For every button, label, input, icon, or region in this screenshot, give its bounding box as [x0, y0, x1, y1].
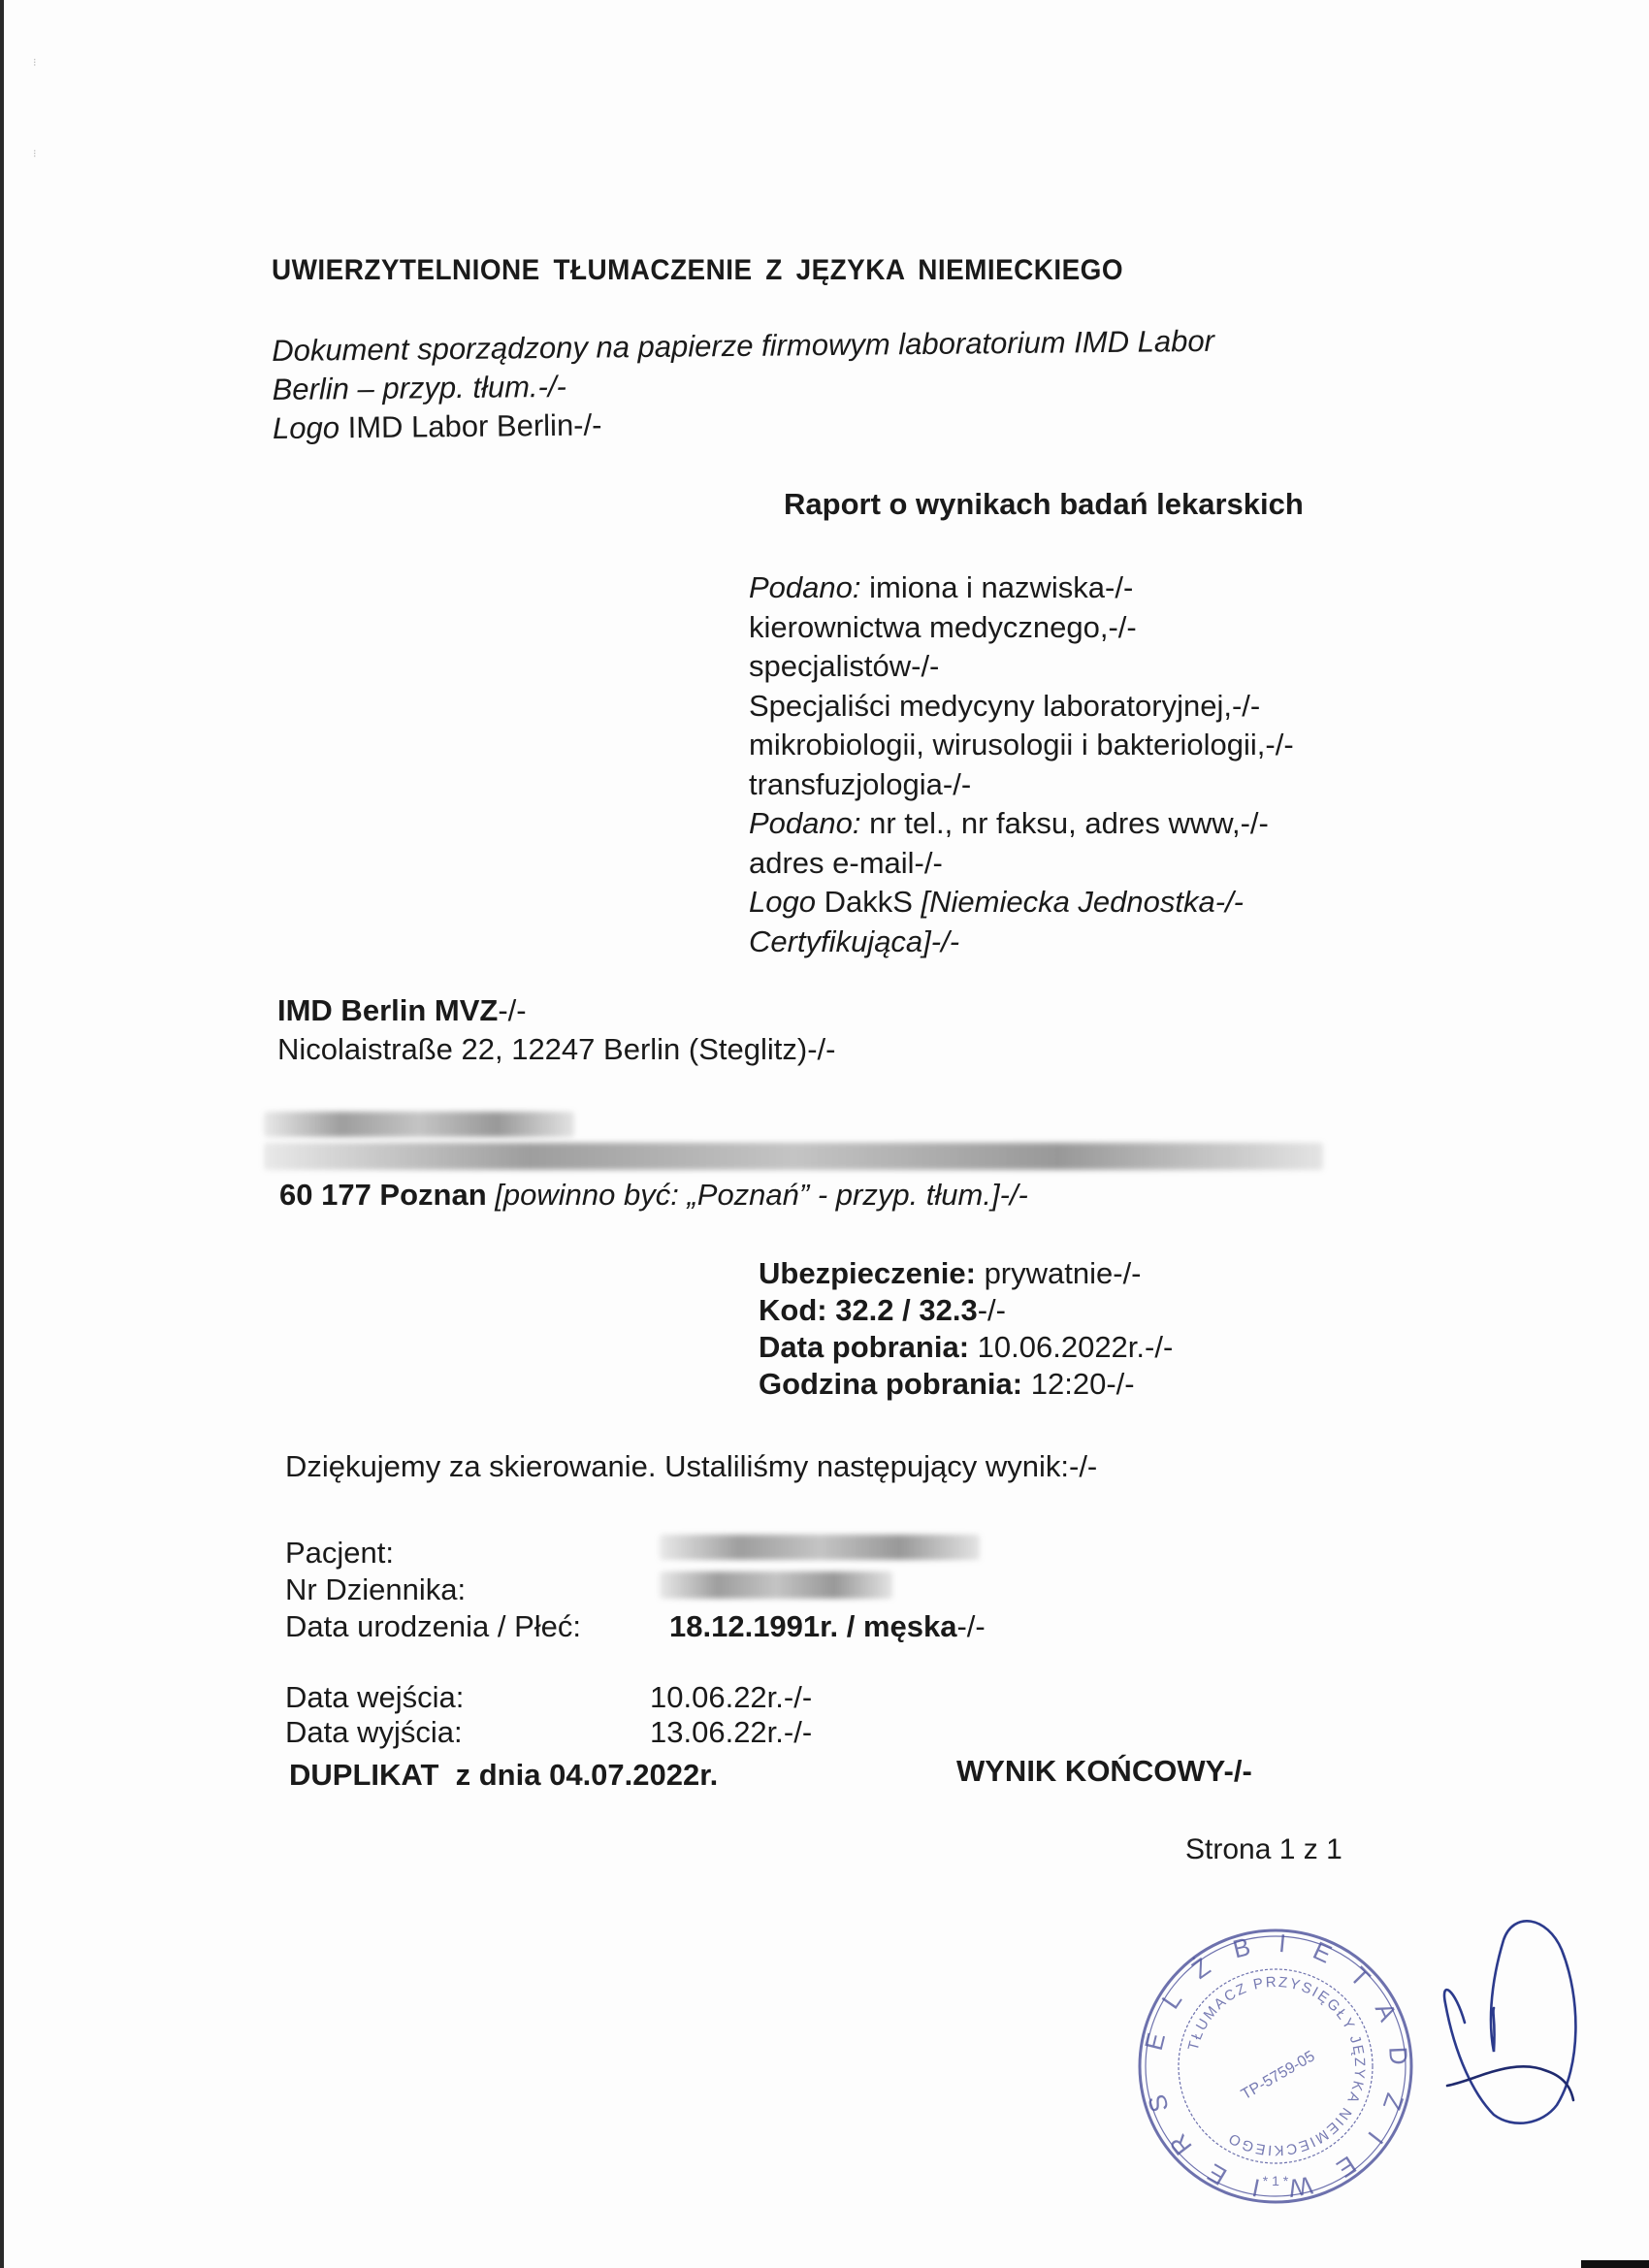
page-number: Strona 1 z 1 — [1185, 1833, 1342, 1866]
letterhead-text: adres e-mail-/- — [749, 846, 943, 880]
letterhead-line: specjalistów-/- — [749, 647, 1294, 687]
entry-date-row: Data wejścia:10.06.22r.-/- — [285, 1680, 812, 1715]
translator-note: Dokument sporządzony na papierze firmowy… — [272, 322, 1215, 448]
document-page: ⁝ ⁝ UWIERZYTELNIONE TŁUMACZENIE Z JĘZYKA… — [0, 0, 1649, 2268]
redacted-patient-name — [660, 1535, 980, 1560]
lab-address: Nicolaistraße 22, 12247 Berlin (Steglitz… — [277, 1030, 835, 1069]
letterhead-italic: Logo — [749, 885, 816, 919]
collection-date-label: Data pobrania: — [759, 1330, 969, 1364]
letterhead-italic: Podano: — [749, 806, 861, 840]
collection-date-row: Data pobrania: 10.06.2022r.-/- — [759, 1329, 1173, 1366]
letterhead-line: Podano: nr tel., nr faksu, adres www,-/- — [749, 804, 1294, 844]
sample-info-block: Ubezpieczenie: prywatnie-/- Kod: 32.2 / … — [759, 1255, 1173, 1403]
collection-date-value: 10.06.2022r.-/- — [969, 1330, 1173, 1364]
letterhead-text: imiona i nazwiska-/- — [861, 570, 1134, 604]
translator-stamp-icon: E L Ż B I E T A D Z I E W I E R S K A TŁ… — [1135, 1926, 1416, 2207]
signature-icon — [1436, 1911, 1581, 2134]
scan-artifact: ⁝ — [33, 56, 37, 69]
svg-text:* 1 *: * 1 * — [1263, 2173, 1289, 2188]
letterhead-text: transfuzjologia-/- — [749, 767, 971, 801]
dates-block: Data wejścia:10.06.22r.-/- Data wyjścia:… — [285, 1680, 812, 1750]
redacted-recipient-name — [264, 1112, 574, 1137]
insurance-label: Ubezpieczenie: — [759, 1256, 976, 1290]
letterhead-text: Specjaliści medycyny laboratoryjnej,-/- — [749, 689, 1260, 723]
lab-name-suffix: -/- — [498, 993, 526, 1027]
letterhead-text: DakkS — [816, 885, 921, 919]
journal-label: Nr Dziennika: — [285, 1571, 669, 1608]
logo-label: Logo — [273, 410, 339, 445]
report-title: Raport o wynikach badań lekarskich — [784, 487, 1304, 522]
thanks-text: Dziękujemy za skierowanie. Ustaliliśmy n… — [285, 1449, 1097, 1484]
recipient-city-postal: 60 177 Poznan — [279, 1178, 487, 1212]
recipient-city: 60 177 Poznan [powinno być: „Poznań” - p… — [279, 1178, 1028, 1213]
code-value: -/- — [978, 1293, 1006, 1327]
letterhead-text: mikrobiologii, wirusologii i bakteriolog… — [749, 728, 1294, 761]
lab-address-block: IMD Berlin MVZ-/- Nicolaistraße 22, 1224… — [277, 991, 835, 1069]
lab-name: IMD Berlin MVZ-/- — [277, 991, 835, 1030]
insurance-row: Ubezpieczenie: prywatnie-/- — [759, 1255, 1173, 1292]
exit-date-value: 13.06.22r.-/- — [650, 1715, 812, 1750]
letterhead-block: Podano: imiona i nazwiska-/- kierownictw… — [749, 568, 1294, 961]
final-result-label: WYNIK KOŃCOWY-/- — [956, 1754, 1252, 1789]
letterhead-text: kierownictwa medycznego,-/- — [749, 610, 1137, 644]
document-header-title: UWIERZYTELNIONE TŁUMACZENIE Z JĘZYKA NIE… — [272, 254, 1123, 287]
lab-name-text: IMD Berlin MVZ — [277, 993, 498, 1027]
redacted-journal-number — [660, 1571, 892, 1599]
logo-name: IMD Labor Berlin-/- — [339, 407, 602, 444]
letterhead-text: nr tel., nr faksu, adres www,-/- — [861, 806, 1269, 840]
entry-date-value: 10.06.22r.-/- — [650, 1680, 812, 1715]
letterhead-line: transfuzjologia-/- — [749, 765, 1294, 805]
entry-date-label: Data wejścia: — [285, 1680, 650, 1715]
scan-left-edge — [0, 0, 4, 2268]
letterhead-line: mikrobiologii, wirusologii i bakteriolog… — [749, 726, 1294, 765]
scan-artifact: ⁝ — [33, 147, 37, 160]
collection-time-label: Godzina pobrania: — [759, 1367, 1022, 1401]
svg-text:TP-5759-05: TP-5759-05 — [1239, 2048, 1318, 2103]
letterhead-italic: Certyfikująca]-/- — [749, 924, 959, 958]
exit-date-row: Data wyjścia:13.06.22r.-/- — [285, 1715, 812, 1750]
redacted-recipient-street — [264, 1143, 1323, 1170]
dob-row: Data urodzenia / Płeć:18.12.1991r. / męs… — [285, 1608, 986, 1645]
letterhead-text: specjalistów-/- — [749, 649, 939, 683]
dob-label: Data urodzenia / Płeć: — [285, 1608, 669, 1645]
letterhead-line: adres e-mail-/- — [749, 844, 1294, 884]
collection-time-row: Godzina pobrania: 12:20-/- — [759, 1366, 1173, 1403]
scan-bottom-edge — [1581, 2260, 1649, 2268]
letterhead-line: Specjaliści medycyny laboratoryjnej,-/- — [749, 687, 1294, 727]
letterhead-italic: Podano: — [749, 570, 861, 604]
code-label: Kod: 32.2 / 32.3 — [759, 1293, 978, 1327]
duplicate-label: DUPLIKAT z dnia 04.07.2022r. — [289, 1758, 718, 1793]
patient-label: Pacjent: — [285, 1535, 669, 1571]
insurance-value: prywatnie-/- — [976, 1256, 1142, 1290]
collection-time-value: 12:20-/- — [1022, 1367, 1134, 1401]
letterhead-line: Certyfikująca]-/- — [749, 923, 1294, 962]
exit-date-label: Data wyjścia: — [285, 1715, 650, 1750]
svg-text:E L Ż B I E T A D Z I E W I E: E L Ż B I E T A D Z I E W I E R S K A — [1135, 1926, 1414, 2205]
letterhead-line: kierownictwa medycznego,-/- — [749, 608, 1294, 648]
letterhead-italic: [Niemiecka Jednostka-/- — [921, 885, 1245, 919]
translator-city-note: [powinno być: „Poznań” - przyp. tłum.]-/… — [487, 1178, 1028, 1212]
letterhead-line: Podano: imiona i nazwiska-/- — [749, 568, 1294, 608]
code-row: Kod: 32.2 / 32.3-/- — [759, 1292, 1173, 1329]
dob-value: 18.12.1991r. / męska — [669, 1608, 956, 1645]
letterhead-line: Logo DakkS [Niemiecka Jednostka-/- — [749, 883, 1294, 923]
dob-suffix: -/- — [956, 1608, 985, 1645]
